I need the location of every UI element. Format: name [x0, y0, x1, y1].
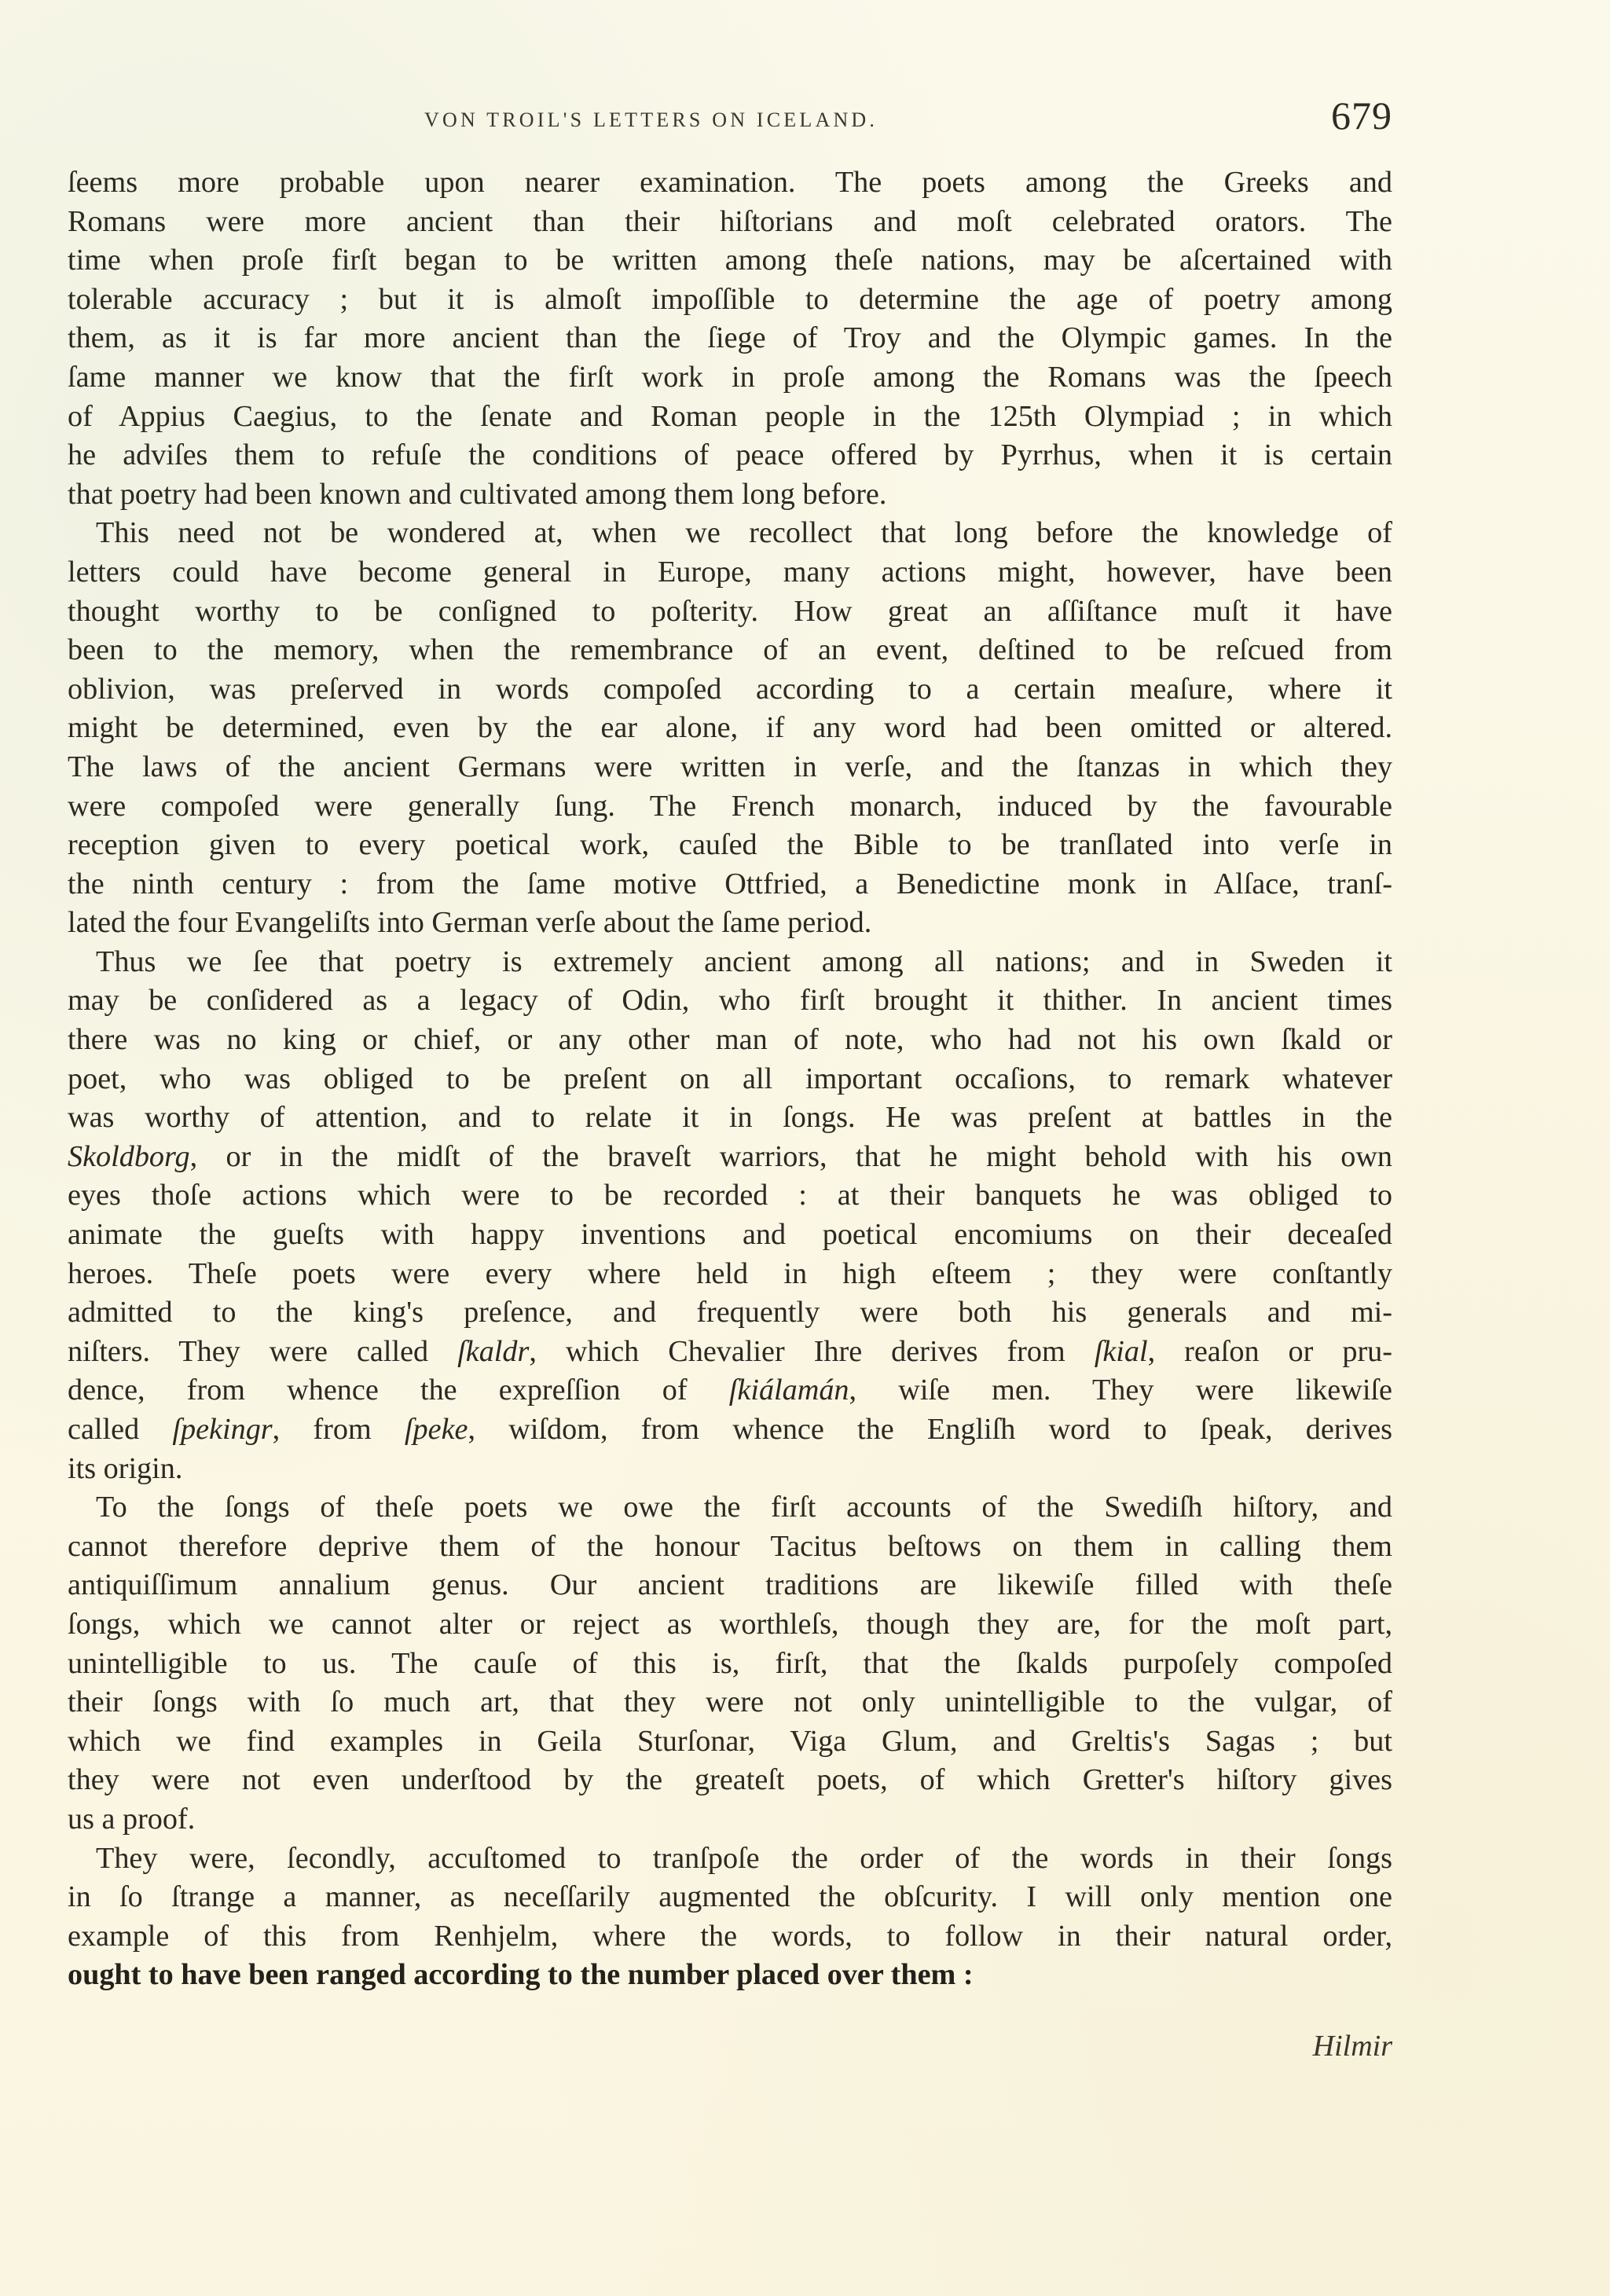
text-line: Skoldborg, or in the midſt of the braveſ…: [68, 1138, 1392, 1177]
text-line: ſeems more probable upon nearer examinat…: [68, 163, 1392, 203]
text-line: animate the gueſts with happy inventions…: [68, 1216, 1392, 1255]
running-head: VON TROIL's LETTERS ON ICELAND. 679: [68, 93, 1392, 140]
text-line: in ſo ſtrange a manner, as neceſſarily a…: [68, 1878, 1392, 1917]
text-line: heroes. Theſe poets were every where hel…: [68, 1255, 1392, 1294]
text-line: called ſpekingr, from ſpeke, wiſdom, fro…: [68, 1410, 1392, 1450]
text-line: time when proſe firſt began to be writte…: [68, 241, 1392, 281]
text-line: example of this from Renhjelm, where the…: [68, 1917, 1392, 1957]
italic-term: ſkial: [1095, 1335, 1148, 1368]
text-line: its origin.: [68, 1450, 1392, 1489]
text-line: ſame manner we know that the firſt work …: [68, 358, 1392, 398]
text-line: the ninth century : from the ſame motive…: [68, 865, 1392, 904]
text-line: niſters. They were called ſkaldr, which …: [68, 1333, 1392, 1372]
text-line: of Appius Caegius, to the ſenate and Rom…: [68, 398, 1392, 437]
text-line: ought to have been ranged according to t…: [68, 1956, 1392, 1995]
text-line: antiquiſſimum annalium genus. Our ancien…: [68, 1566, 1392, 1605]
text-line: he adviſes them to refuſe the conditions…: [68, 436, 1392, 475]
text-line: They were, ſecondly, accuſtomed to tranſ…: [68, 1839, 1392, 1879]
text-line: may be conſidered as a legacy of Odin, w…: [68, 981, 1392, 1021]
text-line: admitted to the king's preſence, and fre…: [68, 1293, 1392, 1333]
text-line: there was no king or chief, or any other…: [68, 1021, 1392, 1060]
italic-term: ſpeke: [405, 1413, 468, 1446]
text-line: This need not be wondered at, when we re…: [68, 514, 1392, 553]
text-line: letters could have become general in Eur…: [68, 553, 1392, 592]
text-line: eyes thoſe actions which were to be reco…: [68, 1176, 1392, 1216]
italic-term: ſkaldr: [457, 1335, 529, 1368]
text-line: cannot therefore deprive them of the hon…: [68, 1528, 1392, 1567]
italic-term: ſpekingr: [172, 1413, 272, 1446]
text-line: Romans were more ancient than their hiſt…: [68, 203, 1392, 242]
text-line: reception given to every poetical work, …: [68, 826, 1392, 865]
text-line: thought worthy to be conſigned to poſter…: [68, 592, 1392, 632]
text-run: , or in the midſt of the braveſt warrior…: [190, 1140, 1392, 1173]
text-line: might be determined, even by the ear alo…: [68, 709, 1392, 748]
text-line: they were not even underſtood by the gre…: [68, 1761, 1392, 1800]
italic-term: Skoldborg: [68, 1140, 190, 1173]
text-line: tolerable accuracy ; but it is almoſt im…: [68, 281, 1392, 320]
text-line: lated the four Evangeliſts into German v…: [68, 904, 1392, 943]
text-line: them, as it is far more ancient than the…: [68, 319, 1392, 358]
text-line: oblivion, was preſerved in words compoſe…: [68, 670, 1392, 710]
text-run: dence, from whence the expreſſion of: [68, 1374, 729, 1407]
text-line: Thus we ſee that poetry is extremely anc…: [68, 943, 1392, 982]
text-line: poet, who was obliged to be preſent on a…: [68, 1060, 1392, 1099]
text-line: ſongs, which we cannot alter or reject a…: [68, 1605, 1392, 1645]
text-run: called: [68, 1413, 172, 1446]
text-line: that poetry had been known and cultivate…: [68, 475, 1392, 515]
text-line: was worthy of attention, and to relate i…: [68, 1098, 1392, 1138]
page-number: 679: [1331, 93, 1392, 138]
body-text: ſeems more probable upon nearer examinat…: [68, 163, 1392, 1995]
running-title: VON TROIL's LETTERS ON ICELAND.: [424, 108, 878, 132]
text-line: were compoſed were generally ſung. The F…: [68, 787, 1392, 827]
text-line: To the ſongs of theſe poets we owe the f…: [68, 1488, 1392, 1528]
text-line: unintelligible to us. The cauſe of this …: [68, 1645, 1392, 1684]
text-run: , reaſon or pru-: [1148, 1335, 1392, 1368]
text-run: niſters. They were called: [68, 1335, 457, 1368]
italic-term: ſkiálamán: [729, 1374, 849, 1407]
text-line: been to the memory, when the remembrance…: [68, 631, 1392, 670]
text-line: dence, from whence the expreſſion of ſki…: [68, 1371, 1392, 1410]
text-line: us a proof.: [68, 1800, 1392, 1839]
catchword: Hilmir: [1313, 2029, 1392, 2063]
text-line: The laws of the ancient Germans were wri…: [68, 748, 1392, 787]
text-run: , which Chevalier Ihre derives from: [529, 1335, 1094, 1368]
text-run: , wiſe men. They were likewiſe: [849, 1374, 1392, 1407]
text-line: which we find examples in Geila Sturſona…: [68, 1722, 1392, 1762]
text-run: , wiſdom, from whence the Engliſh word t…: [468, 1413, 1392, 1446]
text-line: their ſongs with ſo much art, that they …: [68, 1683, 1392, 1722]
text-run: , from: [273, 1413, 405, 1446]
